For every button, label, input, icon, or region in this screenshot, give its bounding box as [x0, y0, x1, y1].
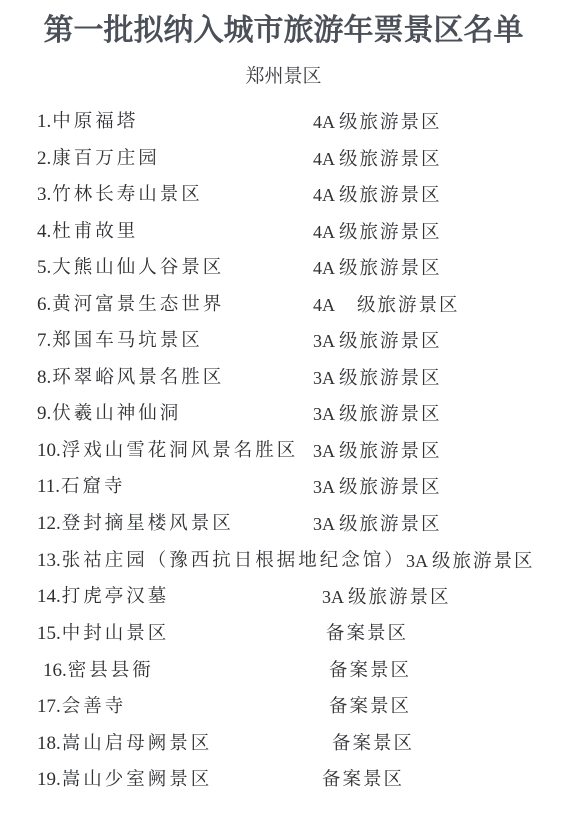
grade-badge: 3A — [313, 472, 335, 502]
attraction-name-text: 大熊山仙人谷景区 — [52, 257, 224, 278]
grade-label: 级旅游景区 — [339, 404, 442, 425]
item-number: 1. — [37, 111, 51, 132]
attraction-name-text: 登封摘星楼风景区 — [62, 513, 234, 534]
scenic-grade: 3A级旅游景区 — [313, 399, 442, 430]
scenic-grade: 备案景区 — [329, 692, 411, 722]
attraction-name: 13.张祜庄园（豫西抗日根据地纪念馆） — [37, 546, 406, 576]
grade-label: 备案景区 — [329, 660, 411, 681]
list-item: 7.郑国车马坑景区3A级旅游景区 — [0, 326, 567, 356]
list-item: 15.中封山景区备案景区 — [0, 619, 567, 649]
grade-label: 级旅游景区 — [339, 258, 442, 279]
attraction-name: 17.会善寺 — [37, 692, 126, 722]
item-number: 10. — [37, 440, 61, 461]
scenic-grade: 4A级旅游景区 — [313, 217, 442, 248]
attraction-name-text: 张祜庄园（豫西抗日根据地纪念馆） — [62, 550, 406, 571]
list-item: 2.康百万庄园4A级旅游景区 — [0, 144, 567, 174]
item-number: 15. — [37, 623, 61, 644]
item-number: 7. — [37, 330, 51, 351]
list-item: 10.浮戏山雪花洞风景名胜区3A级旅游景区 — [0, 436, 567, 466]
item-number: 3. — [37, 184, 51, 205]
list-item: 5.大熊山仙人谷景区4A级旅游景区 — [0, 253, 567, 283]
grade-label: 级旅游景区 — [339, 441, 442, 462]
list-item: 16.密县县衙备案景区 — [0, 656, 567, 686]
scenic-grade: 4A级旅游景区 — [313, 290, 460, 321]
grade-label: 级旅游景区 — [339, 185, 442, 206]
grade-badge: 4A — [313, 290, 335, 320]
attraction-name: 10.浮戏山雪花洞风景名胜区 — [37, 436, 298, 466]
item-number: 4. — [37, 221, 51, 242]
grade-badge: 3A — [322, 582, 344, 612]
section-heading: 郑州景区 — [0, 63, 567, 89]
item-number: 12. — [37, 513, 61, 534]
attraction-name: 5.大熊山仙人谷景区 — [37, 253, 224, 283]
grade-label: 备案景区 — [329, 696, 411, 717]
grade-label: 备案景区 — [322, 769, 404, 790]
grade-badge: 4A — [313, 253, 335, 283]
grade-badge: 3A — [313, 326, 335, 356]
grade-label: 级旅游景区 — [339, 514, 442, 535]
item-number: 2. — [37, 148, 51, 169]
item-number: 14. — [37, 586, 61, 607]
grade-badge: 3A — [313, 363, 335, 393]
scenic-grade: 备案景区 — [332, 729, 414, 759]
item-number: 13. — [37, 550, 61, 571]
attraction-name: 9.伏羲山神仙洞 — [37, 399, 181, 429]
attraction-name-text: 石窟寺 — [61, 476, 126, 497]
list-item: 13.张祜庄园（豫西抗日根据地纪念馆）3A级旅游景区 — [0, 546, 567, 576]
scenic-grade: 3A级旅游景区 — [313, 363, 442, 394]
attraction-name-text: 会善寺 — [62, 696, 127, 717]
grade-label: 级旅游景区 — [339, 331, 442, 352]
attraction-name: 19.嵩山少室阙景区 — [37, 765, 212, 795]
attraction-name-text: 杜甫故里 — [52, 221, 138, 242]
grade-badge: 3A — [313, 436, 335, 466]
item-number: 8. — [37, 367, 51, 388]
scenic-grade: 4A级旅游景区 — [313, 144, 442, 175]
list-item: 18.嵩山启母阙景区备案景区 — [0, 729, 567, 759]
attraction-name: 16.密县县衙 — [43, 656, 154, 686]
grade-label: 级旅游景区 — [339, 477, 442, 498]
grade-badge: 4A — [313, 180, 335, 210]
attraction-name-text: 伏羲山神仙洞 — [52, 403, 181, 424]
attraction-name-text: 浮戏山雪花洞风景名胜区 — [62, 440, 299, 461]
scenic-grade: 备案景区 — [326, 619, 408, 649]
grade-badge: 4A — [313, 217, 335, 247]
attraction-name: 18.嵩山启母阙景区 — [37, 729, 212, 759]
attraction-name-text: 中原福塔 — [52, 111, 138, 132]
scenic-grade: 3A级旅游景区 — [313, 509, 442, 540]
attraction-name: 14.打虎亭汉墓 — [37, 582, 169, 612]
scenic-grade: 4A级旅游景区 — [313, 253, 442, 284]
list-item: 8.环翠峪风景名胜区3A级旅游景区 — [0, 363, 567, 393]
attraction-name-text: 打虎亭汉墓 — [62, 586, 170, 607]
scenic-grade: 3A级旅游景区 — [322, 582, 451, 613]
item-number: 18. — [37, 733, 61, 754]
grade-label: 级旅游景区 — [339, 149, 442, 170]
attraction-name: 1.中原福塔 — [37, 107, 138, 137]
grade-label: 级旅游景区 — [339, 112, 442, 133]
item-number: 11. — [37, 476, 60, 497]
scenic-grade: 3A级旅游景区 — [406, 546, 535, 577]
grade-label: 级旅游景区 — [339, 368, 442, 389]
grade-badge: 4A — [313, 144, 335, 174]
attraction-name: 3.竹林长寿山景区 — [37, 180, 203, 210]
attraction-name: 12.登封摘星楼风景区 — [37, 509, 234, 539]
attraction-name-text: 竹林长寿山景区 — [52, 184, 203, 205]
attraction-name: 4.杜甫故里 — [37, 217, 138, 247]
scenic-grade: 4A级旅游景区 — [313, 107, 442, 138]
grade-badge: 4A — [313, 107, 335, 137]
list-item: 6.黄河富景生态世界4A级旅游景区 — [0, 290, 567, 320]
attraction-name: 11.石窟寺 — [37, 472, 126, 502]
grade-label: 级旅游景区 — [432, 551, 535, 572]
attraction-name: 2.康百万庄园 — [37, 144, 160, 174]
scenic-grade: 备案景区 — [329, 656, 411, 686]
list-item: 14.打虎亭汉墓3A级旅游景区 — [0, 582, 567, 612]
item-number: 16. — [43, 660, 67, 681]
item-number: 5. — [37, 257, 51, 278]
item-number: 9. — [37, 403, 51, 424]
item-number: 6. — [37, 294, 51, 315]
grade-badge: 3A — [406, 546, 428, 576]
scenic-grade: 3A级旅游景区 — [313, 472, 442, 503]
grade-label: 级旅游景区 — [339, 222, 442, 243]
item-number: 17. — [37, 696, 61, 717]
grade-badge: 3A — [313, 399, 335, 429]
attraction-name: 6.黄河富景生态世界 — [37, 290, 224, 320]
document-title: 第一批拟纳入城市旅游年票景区名单 — [0, 13, 567, 49]
list-item: 1.中原福塔4A级旅游景区 — [0, 107, 567, 137]
scenic-grade: 3A级旅游景区 — [313, 326, 442, 357]
attraction-name-text: 郑国车马坑景区 — [52, 330, 203, 351]
list-item: 9.伏羲山神仙洞3A级旅游景区 — [0, 399, 567, 429]
list-item: 19.嵩山少室阙景区备案景区 — [0, 765, 567, 795]
list-item: 4.杜甫故里4A级旅游景区 — [0, 217, 567, 247]
scenic-grade: 备案景区 — [322, 765, 404, 795]
list-item: 12.登封摘星楼风景区3A级旅游景区 — [0, 509, 567, 539]
scenic-grade: 4A级旅游景区 — [313, 180, 442, 211]
scenic-grade: 3A级旅游景区 — [313, 436, 442, 467]
list-item: 3.竹林长寿山景区4A级旅游景区 — [0, 180, 567, 210]
attraction-name-text: 环翠峪风景名胜区 — [52, 367, 224, 388]
attraction-name-text: 嵩山少室阙景区 — [62, 769, 213, 790]
list-item: 11.石窟寺3A级旅游景区 — [0, 472, 567, 502]
grade-label: 级旅游景区 — [357, 295, 460, 316]
grade-label: 级旅游景区 — [348, 587, 451, 608]
attraction-name-text: 中封山景区 — [62, 623, 170, 644]
attraction-name-text: 嵩山启母阙景区 — [62, 733, 213, 754]
attraction-name-text: 密县县衙 — [68, 660, 154, 681]
item-number: 19. — [37, 769, 61, 790]
attraction-name-text: 黄河富景生态世界 — [52, 294, 224, 315]
attraction-name: 15.中封山景区 — [37, 619, 169, 649]
attraction-name: 8.环翠峪风景名胜区 — [37, 363, 224, 393]
list-item: 17.会善寺备案景区 — [0, 692, 567, 722]
attraction-name: 7.郑国车马坑景区 — [37, 326, 203, 356]
grade-label: 备案景区 — [326, 623, 408, 644]
grade-badge: 3A — [313, 509, 335, 539]
grade-label: 备案景区 — [332, 733, 414, 754]
attraction-name-text: 康百万庄园 — [52, 148, 160, 169]
